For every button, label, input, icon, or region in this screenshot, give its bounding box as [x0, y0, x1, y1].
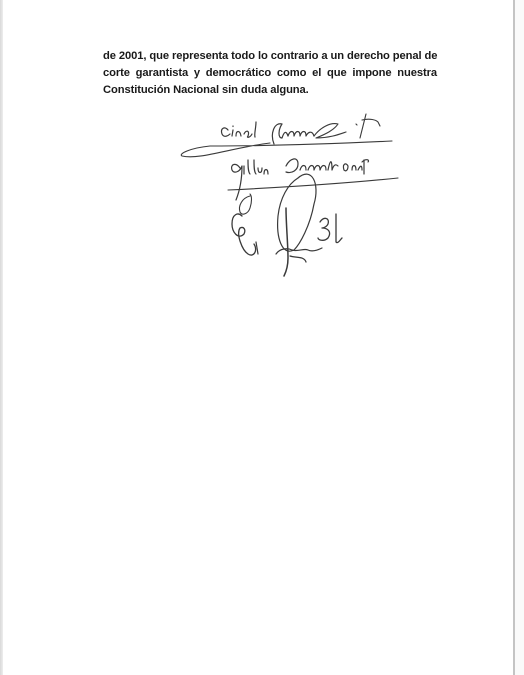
page-right-margin — [515, 0, 524, 675]
paragraph-line-2: corte garantista y democrático como el q… — [103, 65, 437, 82]
page-left-edge — [0, 0, 3, 675]
document-page: de 2001, que representa todo lo contrari… — [0, 0, 524, 675]
page-right-edge — [513, 0, 515, 675]
paragraph-line-3: Constitución Nacional sin duda alguna. — [103, 82, 437, 99]
signature-2 — [228, 159, 398, 200]
paragraph-line-1: de 2001, que representa todo lo contrari… — [103, 48, 437, 65]
signature-1 — [181, 114, 392, 157]
signature-block — [170, 108, 410, 283]
paragraph: de 2001, que representa todo lo contrari… — [103, 48, 437, 99]
